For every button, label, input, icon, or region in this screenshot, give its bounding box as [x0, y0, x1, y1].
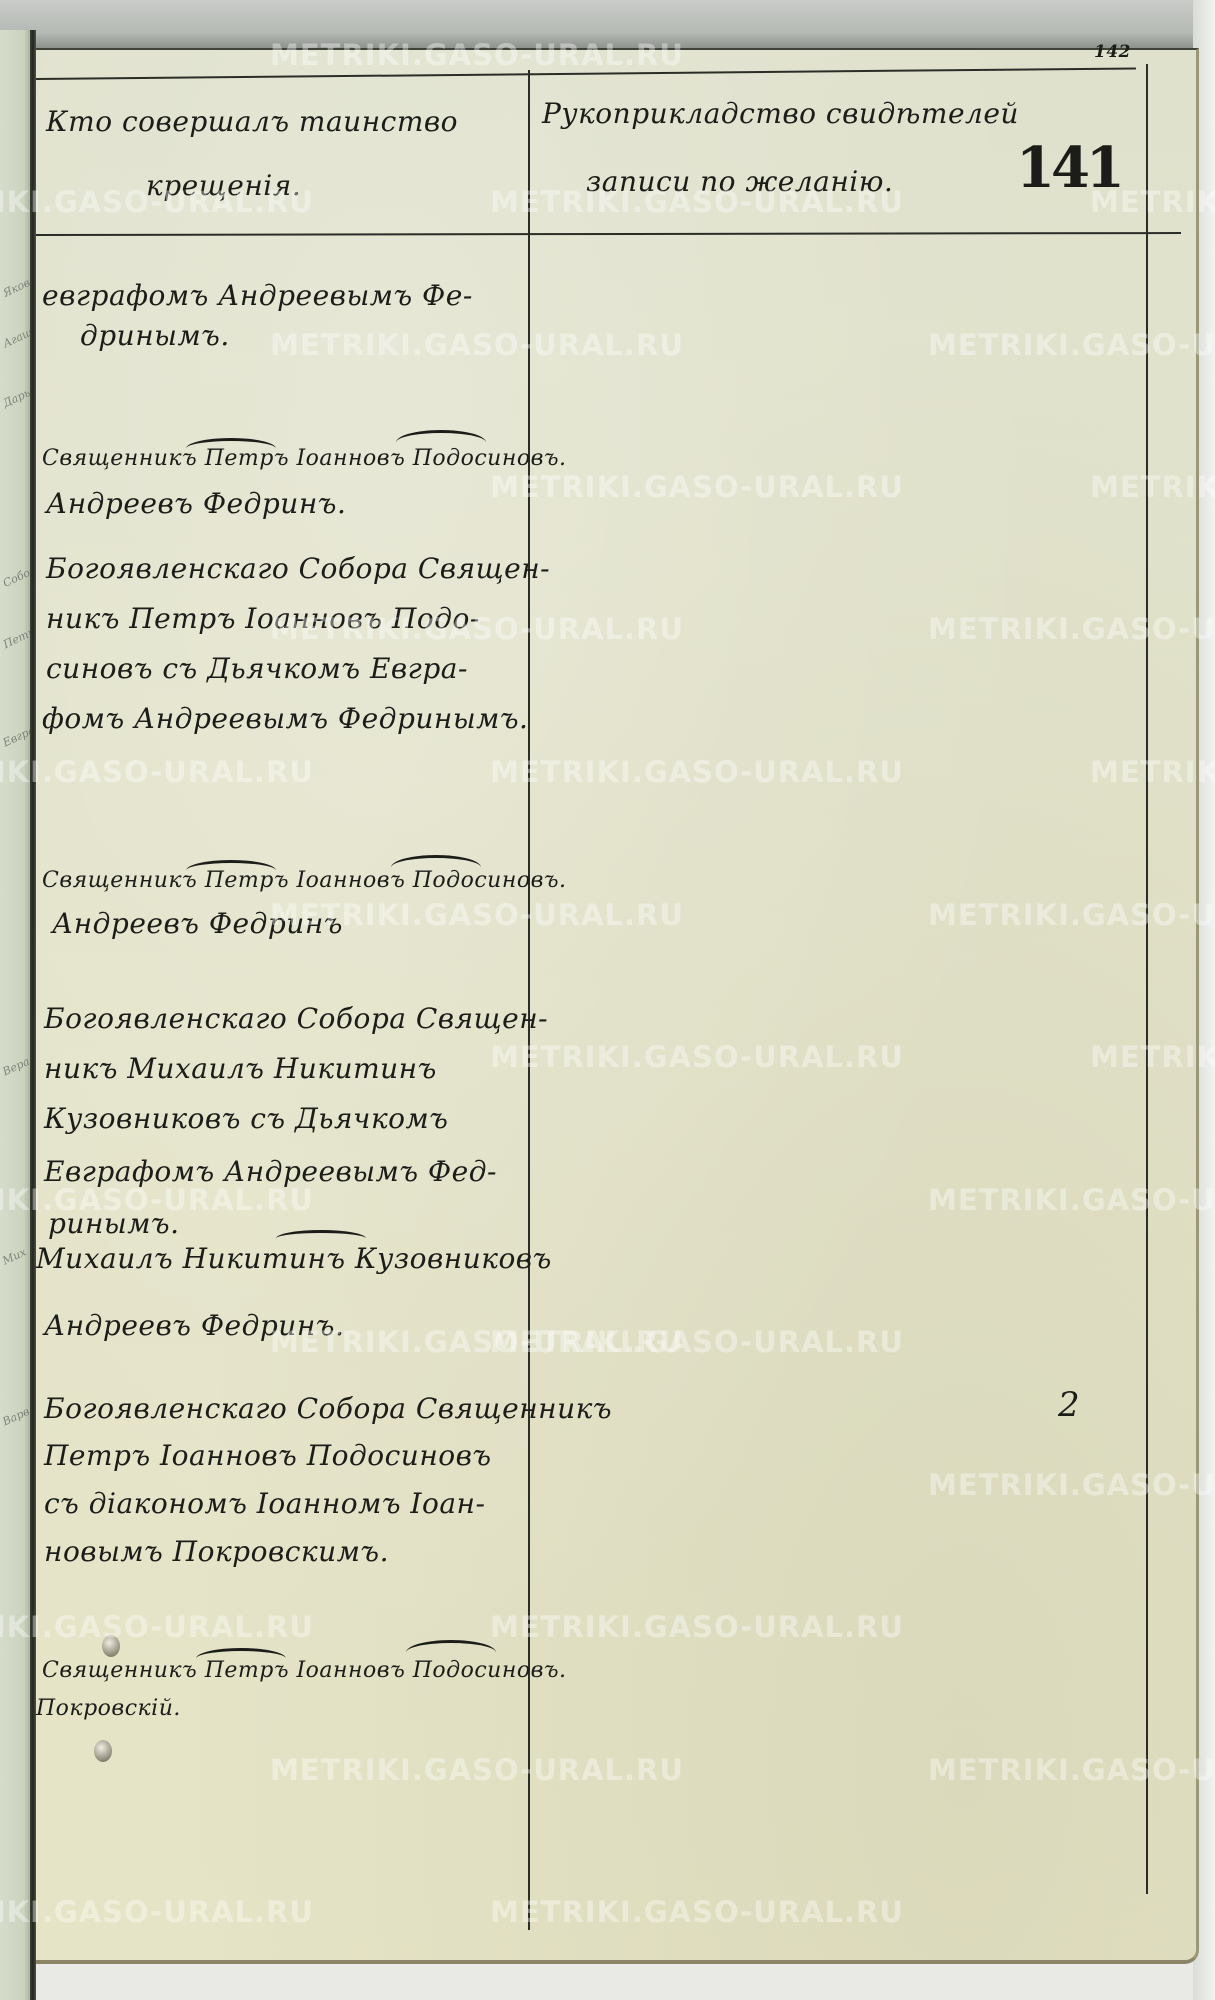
column-divider: [528, 70, 530, 1930]
right-border-rule: [1146, 64, 1148, 1894]
entry-d-line3: съ діакономъ Іоанномъ Іоан-: [44, 1490, 485, 1518]
page-number: 142: [1094, 44, 1131, 61]
entry-d-line1: Богоявленскаго Собора Священникъ: [44, 1395, 612, 1423]
binding-pin-hole: [94, 1740, 112, 1762]
entry-b-line2: никъ Петръ Іоанновъ Подо-: [46, 605, 480, 633]
signature-flourish: [196, 1648, 286, 1669]
entry-c-line4: Евграфомъ Андреевымъ Фед-: [44, 1158, 497, 1186]
signature-3-line1: Михаилъ Никитинъ Кузовниковъ: [36, 1245, 552, 1273]
signature-3-line2: Андреевъ Федринъ.: [44, 1312, 344, 1340]
signature-2-line1: Священникъ Петръ Іоанновъ Подосиновъ.: [42, 870, 567, 892]
signature-4-line2: Покровскій.: [36, 1698, 181, 1720]
margin-fragment: Мих: [0, 1245, 28, 1267]
signature-flourish: [391, 855, 481, 880]
entry-c-line5: ринымъ.: [48, 1210, 179, 1238]
entry-c-line1: Богоявленскаго Собора Священ-: [44, 1005, 548, 1033]
entry-d-line2: Петръ Іоанновъ Подосиновъ: [44, 1442, 492, 1470]
signature-1-line1: Священникъ Петръ Іоанновъ Подосиновъ.: [42, 448, 567, 470]
facing-page-edge: Якова Агашо Дарья Собор Петръ Евгра Вера…: [0, 30, 34, 2000]
signature-flourish: [276, 1230, 366, 1247]
entry-a-line2: дринымъ.: [80, 322, 230, 350]
binding-pin-hole: [102, 1635, 120, 1657]
header-col2-line1: Рукоприкладство свидѣтелей: [542, 100, 1019, 128]
margin-fragment: Варв: [1, 1405, 32, 1429]
header-bottom-rule: [36, 232, 1181, 236]
witness-mark: 2: [1058, 1388, 1080, 1422]
signature-flourish: [186, 860, 276, 881]
signature-flourish: [186, 438, 276, 459]
header-col2-line2: записи по желанію.: [586, 168, 893, 196]
signature-flourish: [406, 1640, 496, 1665]
margin-fragment: Вера: [1, 1055, 32, 1079]
header-col1-line2: крещенія.: [146, 172, 301, 200]
entry-c-line2: никъ Михаилъ Никитинъ: [44, 1055, 437, 1083]
entry-b-line4: фомъ Андреевымъ Федринымъ.: [42, 705, 528, 733]
entry-d-line4: новымъ Покровскимъ.: [44, 1538, 389, 1566]
signature-flourish: [396, 430, 486, 455]
signature-2-line2: Андреевъ Федринъ: [52, 910, 343, 938]
entry-number: 141: [1016, 140, 1121, 196]
header-top-rule: [36, 67, 1136, 80]
header-col1-line1: Кто совершалъ таинство: [46, 108, 458, 136]
entry-b-line3: синовъ съ Дьячкомъ Евгра-: [46, 655, 468, 683]
entry-b-line1: Богоявленскаго Собора Священ-: [46, 555, 550, 583]
entry-c-line3: Кузовниковъ съ Дьячкомъ: [44, 1105, 448, 1133]
signature-1-line2: Андреевъ Федринъ.: [46, 490, 346, 518]
register-page: Кто совершалъ таинство крещенія. Рукопри…: [36, 48, 1199, 1964]
entry-a-line1: евграфомъ Андреевымъ Фе-: [42, 282, 473, 310]
